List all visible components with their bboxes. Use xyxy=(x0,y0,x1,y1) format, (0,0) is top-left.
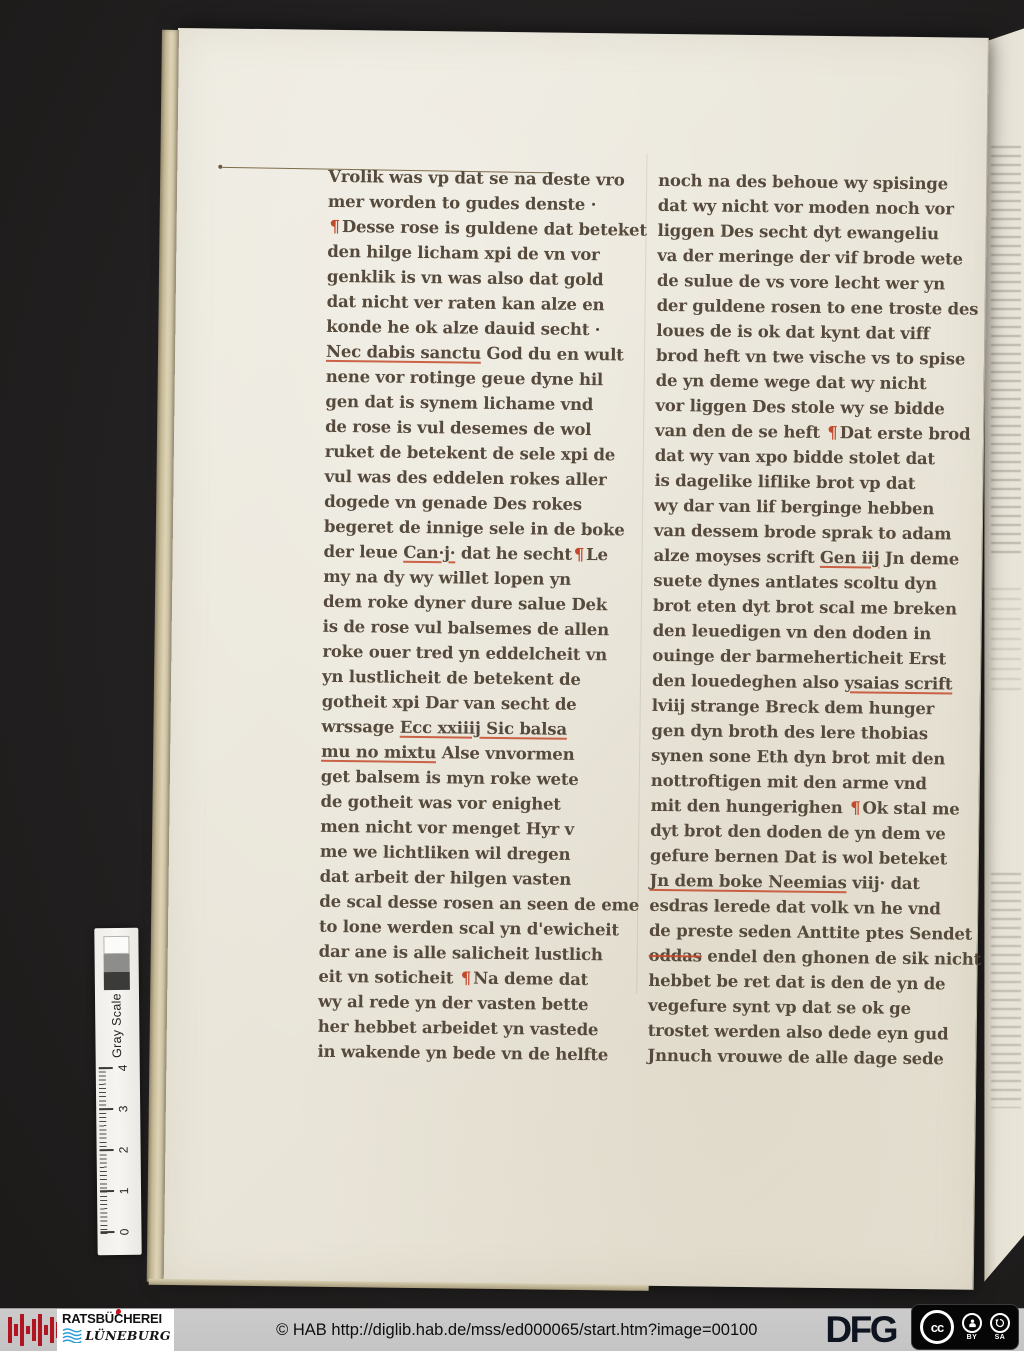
ruler-major-tick xyxy=(99,1108,113,1110)
bleed-through-text xyxy=(991,146,1021,556)
cc-sa-item: SA xyxy=(990,1313,1010,1341)
rubric-pilcrow: ¶ xyxy=(329,217,340,236)
manuscript-text-line: Jnnuch vrouwe de alle dage sede xyxy=(647,1043,981,1072)
expunged-word: oddas xyxy=(649,946,702,966)
ratsbuecherei-barcode-icon xyxy=(8,1312,60,1348)
ruler-major-tick xyxy=(99,1067,113,1069)
page-stack-edge xyxy=(147,30,179,1282)
rubricated-phrase: Nec dabis sanctu xyxy=(326,342,481,363)
library-name: RATSBÜCHEREI xyxy=(62,1311,171,1326)
rubricated-phrase: Ecc xxiiij Sic balsa xyxy=(400,718,567,739)
ruler-major-tick xyxy=(100,1231,114,1233)
grayscale-swatch-gray xyxy=(104,954,130,972)
rubricated-phrase: Jn dem boke Neemias xyxy=(650,871,847,892)
gray-scale-calibration-card: Gray Scale 43210 xyxy=(94,928,141,1255)
barcode-bar xyxy=(14,1324,18,1336)
ratsbuecherei-logo: RATSBÜCHEREI LÜNEBURG xyxy=(57,1309,174,1351)
copyright-url-text: © HAB http://diglib.hab.de/mss/ed000065/… xyxy=(276,1309,757,1351)
barcode-bar xyxy=(50,1317,54,1343)
rubric-pilcrow: ¶ xyxy=(574,545,585,564)
rubric-pilcrow: ¶ xyxy=(827,423,838,442)
library-name-text: RATSBÜCHEREI xyxy=(62,1311,162,1326)
waves-icon xyxy=(62,1327,82,1343)
gray-scale-label: Gray Scale xyxy=(109,984,125,1066)
barcode-bar xyxy=(26,1326,30,1334)
rubric-pilcrow: ¶ xyxy=(850,798,861,817)
ruler-tick-number: 2 xyxy=(117,1143,131,1157)
share-alike-arrow-icon xyxy=(990,1313,1010,1333)
caption-bar: RATSBÜCHEREI LÜNEBURG © HAB http://digli… xyxy=(0,1308,1024,1351)
library-city-text: LÜNEBURG xyxy=(85,1328,171,1343)
bleed-through-text xyxy=(991,588,1021,698)
rubricated-phrase: Gen iij xyxy=(820,548,880,568)
ruler-tick-number: 0 xyxy=(117,1225,131,1239)
cc-icon: cc xyxy=(920,1310,954,1344)
person-icon xyxy=(962,1313,982,1333)
dfg-logo: DFG xyxy=(825,1310,896,1351)
grayscale-swatch-white xyxy=(103,936,129,954)
ruler-major-tick xyxy=(100,1190,114,1192)
manuscript-text-line: in wakende yn bede vn de helfte xyxy=(317,1039,645,1068)
manuscript-column-left: Vrolik was vp dat se na deste vromer wor… xyxy=(317,164,656,1068)
sa-label: SA xyxy=(995,1334,1006,1341)
bleed-through-text xyxy=(991,873,1021,1108)
barcode-bar xyxy=(32,1319,36,1341)
page-stack-edge-bottom xyxy=(149,1279,649,1291)
ruler-tick-number: 1 xyxy=(117,1184,131,1198)
rubricated-phrase: mu no mixtu xyxy=(321,742,436,762)
barcode-bar xyxy=(8,1317,12,1343)
rubric-pilcrow: ¶ xyxy=(461,969,472,988)
barcode-bar xyxy=(44,1325,48,1335)
barcode-bar xyxy=(38,1314,42,1346)
manuscript-page: Vrolik was vp dat se na deste vromer wor… xyxy=(163,28,989,1290)
rubricated-phrase: Can·j· xyxy=(403,543,455,563)
ruler-tick-number: 4 xyxy=(116,1061,130,1075)
flame-dot-icon xyxy=(116,1309,121,1314)
cc-license-badge: cc BY SA xyxy=(911,1304,1019,1350)
cc-by-item: BY xyxy=(962,1313,982,1341)
barcode-bar xyxy=(20,1314,24,1346)
manuscript-column-right: noch na des behoue wy spisingedat wy nic… xyxy=(647,168,992,1072)
ruler-tick-number: 3 xyxy=(116,1102,130,1116)
ruler-major-tick xyxy=(100,1149,114,1151)
by-label: BY xyxy=(967,1334,978,1341)
rubricated-phrase: ysaias scrift xyxy=(844,673,952,693)
